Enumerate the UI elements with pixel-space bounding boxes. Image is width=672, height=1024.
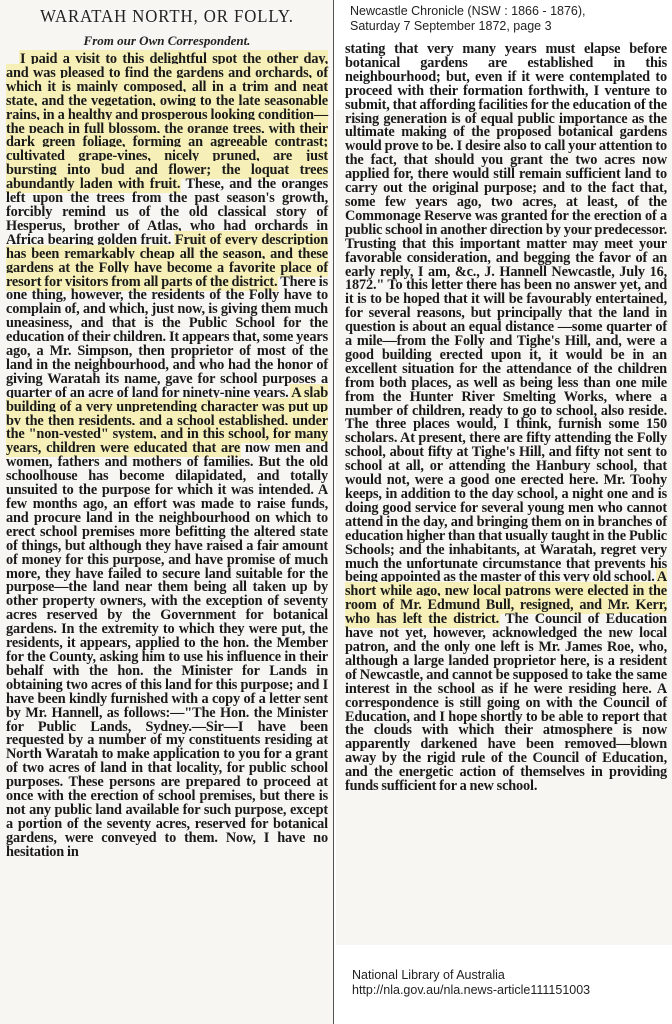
issue-date: Saturday 7 September 1872, page 3: [350, 19, 586, 34]
paragraph: stating that very many years must elapse…: [345, 43, 667, 794]
publication-name: Newcastle Chronicle (NSW : 1866 - 1876),: [350, 4, 586, 19]
article-body-right: stating that very many years must elapse…: [345, 43, 667, 794]
source-citation: Newcastle Chronicle (NSW : 1866 - 1876),…: [350, 4, 586, 34]
paragraph: I paid a visit to this delightful spot t…: [6, 53, 328, 860]
footer-citation: National Library of Australia http://nla…: [352, 968, 590, 998]
article-byline: From our Own Correspondent.: [0, 33, 334, 49]
text-segment: stating that very many years must elapse…: [345, 41, 667, 585]
library-name: National Library of Australia: [352, 968, 590, 983]
article-title: WARATAH NORTH, OR FOLLY.: [12, 6, 323, 27]
text-segment: now men and women, fathers and mothers o…: [6, 440, 328, 859]
column-divider: [333, 0, 334, 1024]
text-segment: I paid a visit to this delightful spot t…: [6, 51, 328, 192]
text-segment: The Council of Education have not yet, h…: [345, 611, 667, 794]
text-segment: There is one thing, however, the residen…: [6, 274, 328, 401]
article-body-left: I paid a visit to this delightful spot t…: [6, 53, 328, 860]
article-url[interactable]: http://nla.gov.au/nla.news-article111151…: [352, 983, 590, 998]
